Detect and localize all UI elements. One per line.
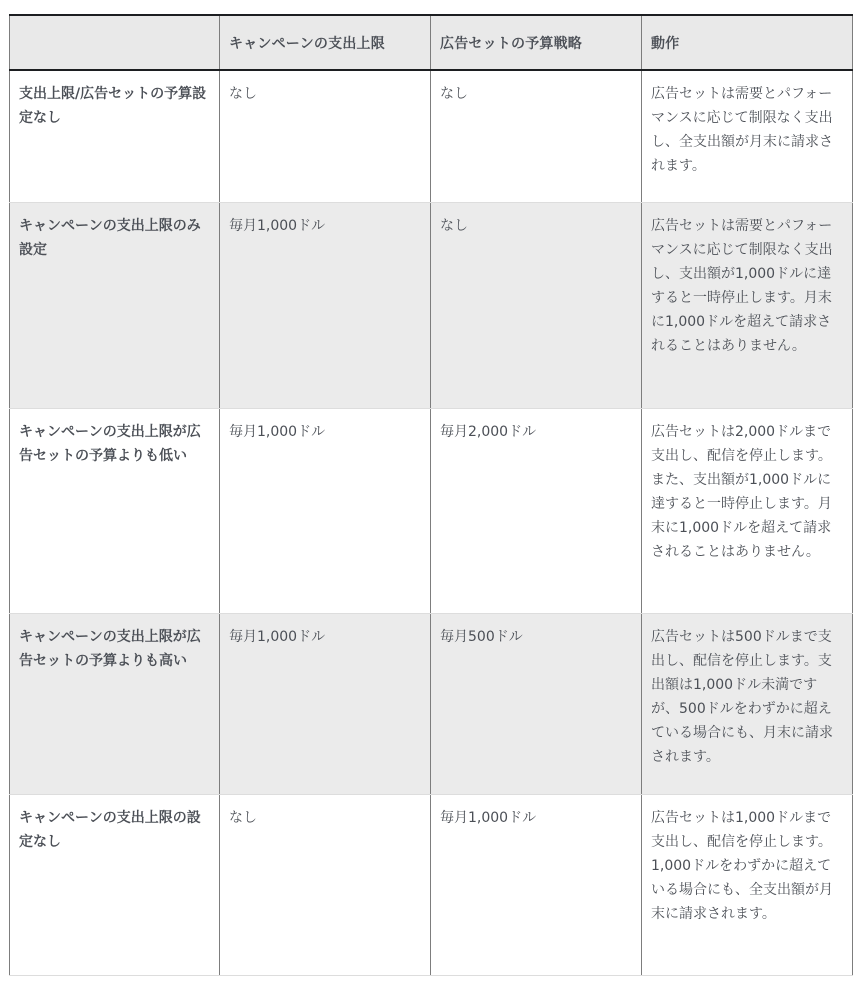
row-scenario: キャンペーンの支出上限が広告セットの予算よりも低い xyxy=(10,409,220,614)
spending-limit-table-container: キャンペーンの支出上限 広告セットの予算戦略 動作 支出上限/広告セットの予算設… xyxy=(9,14,852,976)
row-behavior: 広告セットは需要とパフォーマンスに応じて制限なく支出し、全支出額が月末に請求され… xyxy=(642,70,853,203)
header-campaign-spending-limit: キャンペーンの支出上限 xyxy=(220,15,431,70)
row-campaign-spending-limit: なし xyxy=(220,70,431,203)
row-campaign-spending-limit: 毎月1,000ドル xyxy=(220,203,431,409)
table-row: キャンペーンの支出上限の設定なし なし 毎月1,000ドル 広告セットは1,00… xyxy=(10,795,853,976)
table-body: 支出上限/広告セットの予算設定なし なし なし 広告セットは需要とパフォーマンス… xyxy=(10,70,853,976)
row-ad-set-budget-strategy: 毎月500ドル xyxy=(431,614,642,795)
row-behavior: 広告セットは需要とパフォーマンスに応じて制限なく支出し、支出額が1,000ドルに… xyxy=(642,203,853,409)
row-scenario: キャンペーンの支出上限のみ設定 xyxy=(10,203,220,409)
row-ad-set-budget-strategy: 毎月1,000ドル xyxy=(431,795,642,976)
row-behavior: 広告セットは2,000ドルまで支出し、配信を停止します。また、支出額が1,000… xyxy=(642,409,853,614)
header-scenario xyxy=(10,15,220,70)
row-scenario: キャンペーンの支出上限が広告セットの予算よりも高い xyxy=(10,614,220,795)
row-behavior: 広告セットは500ドルまで支出し、配信を停止します。支出額は1,000ドル未満で… xyxy=(642,614,853,795)
header-row: キャンペーンの支出上限 広告セットの予算戦略 動作 xyxy=(10,15,853,70)
row-scenario: キャンペーンの支出上限の設定なし xyxy=(10,795,220,976)
header-behavior: 動作 xyxy=(642,15,853,70)
row-campaign-spending-limit: 毎月1,000ドル xyxy=(220,614,431,795)
row-campaign-spending-limit: 毎月1,000ドル xyxy=(220,409,431,614)
row-campaign-spending-limit: なし xyxy=(220,795,431,976)
table-row: キャンペーンの支出上限が広告セットの予算よりも低い 毎月1,000ドル 毎月2,… xyxy=(10,409,853,614)
row-ad-set-budget-strategy: なし xyxy=(431,70,642,203)
row-ad-set-budget-strategy: なし xyxy=(431,203,642,409)
header-ad-set-budget-strategy: 広告セットの予算戦略 xyxy=(431,15,642,70)
spending-limit-comparison-table: キャンペーンの支出上限 広告セットの予算戦略 動作 支出上限/広告セットの予算設… xyxy=(9,14,853,976)
table-row: キャンペーンの支出上限が広告セットの予算よりも高い 毎月1,000ドル 毎月50… xyxy=(10,614,853,795)
row-ad-set-budget-strategy: 毎月2,000ドル xyxy=(431,409,642,614)
table-row: キャンペーンの支出上限のみ設定 毎月1,000ドル なし 広告セットは需要とパフ… xyxy=(10,203,853,409)
table-row: 支出上限/広告セットの予算設定なし なし なし 広告セットは需要とパフォーマンス… xyxy=(10,70,853,203)
table-header: キャンペーンの支出上限 広告セットの予算戦略 動作 xyxy=(10,15,853,70)
row-scenario: 支出上限/広告セットの予算設定なし xyxy=(10,70,220,203)
row-behavior: 広告セットは1,000ドルまで支出し、配信を停止します。1,000ドルをわずかに… xyxy=(642,795,853,976)
